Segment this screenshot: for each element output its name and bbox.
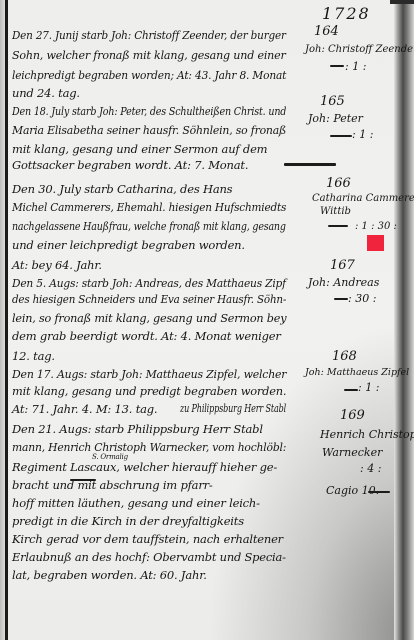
entry-169-line-4: bracht und mit abschrung im pfarr- bbox=[12, 478, 213, 492]
entry-166-line-5: At: bey 64. Jahr. bbox=[12, 258, 102, 272]
entry-169-line-5: hoff mitten läuthen, gesang und einer le… bbox=[12, 496, 260, 510]
entry-165-margin-age: : 1 : bbox=[352, 128, 373, 141]
entry-167-line-1: Den 5. Augs: starb Joh: Andreas, des Mat… bbox=[12, 276, 286, 290]
entry-167-margin-dash bbox=[334, 298, 348, 300]
entry-167-margin-age: : 30 : bbox=[348, 292, 376, 305]
entry-167-line-4: dem grab beerdigt wordt. At: 4. Monat we… bbox=[12, 329, 281, 343]
entry-166-line-4: und einer leichpredigt begraben worden. bbox=[12, 238, 245, 252]
entry-169-line-1: Den 21. Augs: starb Philippsburg Herr St… bbox=[12, 422, 263, 436]
entry-165-line-1: Den 18. July starb Joh: Peter, des Schul… bbox=[12, 104, 286, 118]
entry-169-margin-age: : 4 : bbox=[360, 462, 381, 475]
entry-168-line-1: Den 17. Augs: starb Joh: Matthaeus Zipfe… bbox=[12, 367, 286, 381]
binding-top-edge bbox=[390, 0, 414, 4]
entry-168-margin-age: : 1 : bbox=[358, 381, 379, 394]
entry-separator-stroke bbox=[284, 163, 336, 166]
entry-169-margin-name: Henrich Christoph bbox=[320, 428, 414, 441]
year-header: 1728 bbox=[322, 4, 371, 23]
entry-166-margin-age: : 1 : 30 : bbox=[355, 221, 397, 232]
entry-166-margin-dash bbox=[328, 225, 348, 227]
entry-166-margin-name: Catharina Cammerer bbox=[312, 193, 414, 204]
entry-165-line-3: mit klang, gesang und einer Sermon auf d… bbox=[12, 142, 267, 156]
entry-169-margin-name-2: Warnecker bbox=[322, 446, 382, 459]
entry-169-underline-stroke bbox=[70, 479, 96, 481]
entry-169-number: 169 bbox=[340, 408, 365, 423]
entry-167-number: 167 bbox=[330, 258, 355, 273]
entry-167-line-2: des hiesigen Schneiders und Eva seiner H… bbox=[12, 292, 286, 306]
entry-164-line-4: und 24. tag. bbox=[12, 86, 80, 100]
entry-169-line-8: Erlaubnuß an des hochf: Obervambt und Sp… bbox=[12, 550, 286, 564]
entry-169-line-6: predigt in die Kirch in der dreyfaltigke… bbox=[12, 514, 244, 528]
entry-169-interlinear: zu Philippsburg Herr Stabl bbox=[180, 402, 286, 415]
entry-168-number: 168 bbox=[332, 349, 357, 364]
entry-164-line-1: Den 27. Junij starb Joh: Christoff Zeend… bbox=[12, 28, 286, 42]
entry-166-line-3: nachgelassene Haußfrau, welche fronaß mi… bbox=[12, 219, 286, 233]
entry-169-line-7: Kirch gerad vor dem tauffstein, nach erh… bbox=[12, 532, 283, 546]
entry-168-margin-name: Joh: Matthaeus Zipfel bbox=[305, 367, 409, 378]
entry-169-line-3: Regiment Lascaux, welcher hierauff hiehe… bbox=[12, 460, 277, 474]
entry-167-line-5: 12. tag. bbox=[12, 349, 55, 363]
margin-rule-line bbox=[5, 0, 8, 640]
entry-165-line-2: Maria Elisabetha seiner hausfr. Söhnlein… bbox=[12, 123, 286, 137]
entry-164-line-2: Sohn, welcher fronaß mit klang, gesang u… bbox=[12, 48, 286, 62]
entry-165-margin-name: Joh: Peter bbox=[308, 112, 363, 125]
entry-167-margin-name: Joh: Andreas bbox=[308, 276, 379, 289]
entry-168-line-3: At: 71. Jahr. 4. M: 13. tag. bbox=[12, 402, 157, 416]
entry-169-line-2: mann, Henrich Christoph Warnecker, vom h… bbox=[12, 440, 286, 454]
book-binding-gutter bbox=[394, 0, 414, 640]
document-page: 1728 Den 27. Junij starb Joh: Christoff … bbox=[0, 0, 414, 640]
entry-164-line-3: leichpredigt begraben worden; At: 43. Ja… bbox=[12, 68, 286, 82]
entry-166-line-1: Den 30. July starb Catharina, des Hans bbox=[12, 182, 232, 196]
entry-166-line-2: Michel Cammerers, Ehemahl. hiesigen Hufs… bbox=[12, 200, 286, 214]
red-marker-square bbox=[367, 235, 384, 251]
entry-164-margin-dash bbox=[330, 65, 344, 67]
entry-164-margin-name: Joh: Christoff Zeender bbox=[305, 44, 414, 55]
entry-168-line-2: mit klang, gesang und predigt begraben w… bbox=[12, 384, 286, 398]
entry-169-line-9: lat, begraben worden. At: 60. Jahr. bbox=[12, 568, 207, 582]
entry-166-number: 166 bbox=[326, 176, 351, 191]
entry-165-margin-dash bbox=[330, 135, 352, 137]
entry-167-line-3: lein, so fronaß mit klang, gesang und Se… bbox=[12, 311, 286, 325]
entry-164-margin-age: : 1 : bbox=[345, 60, 366, 73]
entry-165-number: 165 bbox=[320, 94, 345, 109]
entry-164-number: 164 bbox=[314, 24, 339, 39]
entry-169-margin-dash bbox=[368, 491, 390, 493]
entry-168-margin-dash bbox=[344, 389, 358, 391]
entry-166-margin-name-2: Wittib bbox=[320, 206, 351, 217]
entry-165-line-4: Gottsacker begraben wordt. At: 7. Monat. bbox=[12, 158, 248, 172]
